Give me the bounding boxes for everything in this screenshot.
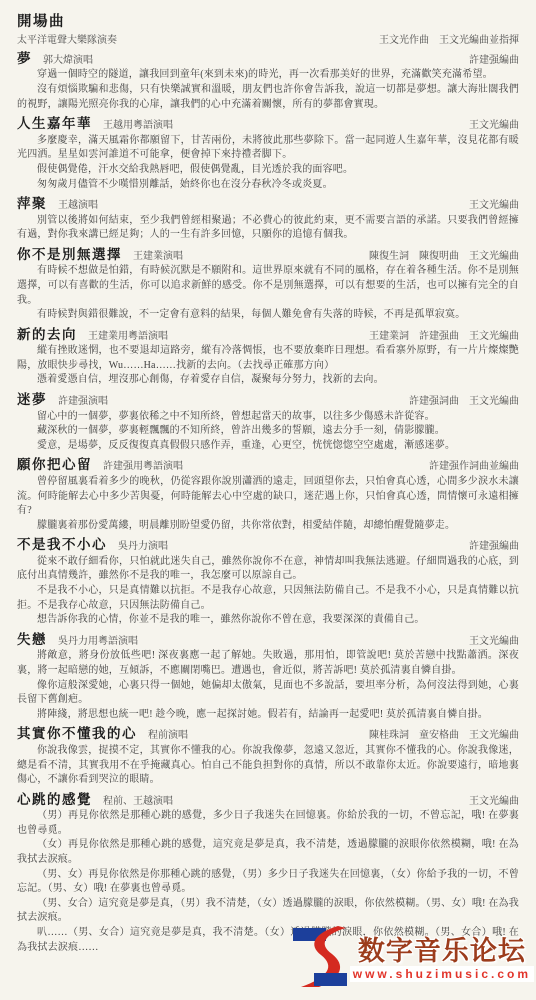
lyric-paragraph: 縱有挫敗迷惘，也不要退却這路旁，縱有冷落惆悵，也不要放棄昨日理想。看看寨外原野，… <box>17 344 519 373</box>
lyric-paragraph: 沒有煩惱欺騙和悲傷，只有快樂誠實和溫暖，朋友們也許你會告訴我，說這一切都是夢想。… <box>17 83 519 112</box>
lyric-paragraph: 匆匆歲月儘管不少嘆惜別離話，始終你也在沒分春秋冷冬或炎夏。 <box>17 178 519 193</box>
lyric-paragraph: 想告訴你我的心情，你並不是我的唯一，雖然你說你不曾在意，我要深深的責備自己。 <box>17 613 519 628</box>
watermark-text-block: 数字音乐论坛 www.shuzimusic.com <box>350 937 534 982</box>
song-title: 心跳的感覺 <box>17 791 92 809</box>
song-performer: 王越演唱 <box>58 199 98 212</box>
song-section-yuanni-baxinliu: 願你把心留 許建强用粵語演唱 許建强作詞曲並編曲 曾停留風裏看着多少的晚秋，仍從… <box>17 456 519 533</box>
lyric-paragraph: 多麼慶幸，滿天風霜你都願留下，甘苦兩份，未將彼此那些夢除下。當一起同遊人生嘉年華… <box>17 134 519 163</box>
song-credit: 許建强編曲 <box>469 540 519 553</box>
song-section-shilian: 失戀 吳丹力用粵語演唱 王文光編曲 將敵意，將身份放低些吧! 深夜裏應一起了解她… <box>17 631 519 723</box>
song-subheader: 太平洋電聲大樂隊演奏 王文光作曲 王文光編曲並指揮 <box>17 34 519 47</box>
song-header: 新的去向 王建業用粵語演唱 王建業詞 許建强曲 王文光編曲 <box>17 326 519 344</box>
lyric-sheet-page: 開場曲 太平洋電聲大樂隊演奏 王文光作曲 王文光編曲並指揮 夢 郭大煒演唱 許建… <box>0 0 536 955</box>
song-header: 迷夢 許建强演唱 許建强詞曲 王文光編曲 <box>17 391 519 409</box>
lyric-paragraph: 朦朧裏着那份愛萬縷，明晨離別盼望愛仍留，共你常依對，相愛結伴隨，却總怕醒覺隨夢走… <box>17 519 519 534</box>
watermark-site-url: www.shuzimusic.com <box>350 966 534 982</box>
song-credit: 王建業詞 許建强曲 王文光編曲 <box>369 330 519 343</box>
lyric-paragraph: 藏深秋的一個夢，夢裏輕飄飄的不知所終，曾許出幾多的誓願，遠去分手一刻，倩影朦朧。 <box>17 424 519 439</box>
song-title: 人生嘉年華 <box>17 115 92 133</box>
song-header: 其實你不懂我的心 程前演唱 陳桂珠詞 童安格曲 王文光編曲 <box>17 725 519 743</box>
song-header: 不是我不小心 吳丹力演唱 許建强編曲 <box>17 536 519 554</box>
watermark-site-name: 数字音乐论坛 <box>358 937 526 965</box>
song-header: 萍聚 王越演唱 王文光編曲 <box>17 195 519 213</box>
song-title: 迷夢 <box>17 391 47 409</box>
song-title: 夢 <box>17 50 32 68</box>
song-performer: 許建强用粵語演唱 <box>103 460 183 473</box>
song-performer: 王建業演唱 <box>133 250 183 263</box>
lyric-paragraph: 像你這般深愛她，心裏只得一個她，她偏却太傲氣，見面也不多說話，要坦率分析，為何沒… <box>17 679 519 708</box>
song-title: 不是我不小心 <box>17 536 107 554</box>
song-performer: 王建業用粵語演唱 <box>88 330 168 343</box>
song-header: 你不是別無選擇 王建業演唱 陳復生詞 陳復明曲 王文光編曲 <box>17 246 519 264</box>
song-section-mimeng: 迷夢 許建强演唱 許建强詞曲 王文光編曲 留心中的一個夢，夢裏依稀之中不知所終，… <box>17 391 519 453</box>
song-header: 失戀 吳丹力用粵語演唱 王文光編曲 <box>17 631 519 649</box>
song-section-bushiwo-buxiaoxin: 不是我不小心 吳丹力演唱 許建强編曲 從來不敢仔細看你，只怕就此迷失自己，雖然你… <box>17 536 519 628</box>
lyric-paragraph: 曾停留風裏看着多少的晚秋，仍從容跟你說別瀟洒的遠走，回頭望你去，只怕會真心透，心… <box>17 475 519 519</box>
song-section-meng: 夢 郭大煒演唱 許建强編曲 穿過一個時空的隧道，讓我回到童年(來到未來)的時光，… <box>17 50 519 112</box>
song-credit: 陳桂珠詞 童安格曲 王文光編曲 <box>369 729 519 742</box>
song-header: 夢 郭大煒演唱 許建强編曲 <box>17 50 519 68</box>
lyric-paragraph: 愛意，是場夢，反反復復真真假假只感作弄，重逢，心更空，恍恍惚惚空空處處，漸感迷夢… <box>17 439 519 454</box>
song-title: 其實你不懂我的心 <box>17 725 137 743</box>
lyric-paragraph: 假使偶覺倦，汗水交給我熱唇吧，假使偶覺亂，目光透於我的面容吧。 <box>17 163 519 178</box>
song-credit: 王文光編曲 <box>469 199 519 212</box>
song-title: 萍聚 <box>17 195 47 213</box>
lyric-paragraph: 穿過一個時空的隧道，讓我回到童年(來到未來)的時光，再一次看那美好的世界，充滿歡… <box>17 68 519 83</box>
song-title: 你不是別無選擇 <box>17 246 122 264</box>
song-performer: 王越用粵語演唱 <box>103 119 173 132</box>
song-credit: 許建强編曲 <box>469 54 519 67</box>
song-title: 失戀 <box>17 631 47 649</box>
lyric-paragraph: 將敵意，將身份放低些吧! 深夜裏應一起了解她。失敗過，那用怕，即管說吧! 莫於苦… <box>17 649 519 678</box>
song-section-opening: 開場曲 太平洋電聲大樂隊演奏 王文光作曲 王文光編曲並指揮 <box>17 13 519 47</box>
watermark: 数字音乐论坛 www.shuzimusic.com <box>292 925 534 994</box>
lyric-paragraph: 有時候對與錯很難說，不一定會有意料的結果，每個人難免會有失落的時候，不再是孤單寂… <box>17 308 519 323</box>
song-credit: 許建强詞曲 王文光編曲 <box>409 395 519 408</box>
song-credit: 王文光編曲 <box>469 795 519 808</box>
song-title: 開場曲 <box>17 13 65 32</box>
lyric-paragraph: 你說我像雲，捉摸不定，其實你不懂我的心。你說我像夢，忽遠又忽近，其實你不懂我的心… <box>17 744 519 788</box>
song-section-xinde-quxiang: 新的去向 王建業用粵語演唱 王建業詞 許建强曲 王文光編曲 縱有挫敗迷惘，也不要… <box>17 326 519 388</box>
song-performer: 吳丹力演唱 <box>118 540 168 553</box>
lyric-paragraph: （女）再見你依然是那種心跳的感覺，這究竟是夢是真，我不清楚，透過朦朧的淚眼你依然… <box>17 838 519 867</box>
lyric-paragraph: 別管以後將如何結束，至少我們曾經相聚過；不必費心的彼此約束，更不需要言語的承諾。… <box>17 214 519 243</box>
song-header: 開場曲 <box>17 13 519 32</box>
song-header: 願你把心留 許建强用粵語演唱 許建强作詞曲並編曲 <box>17 456 519 474</box>
song-credit: 王文光編曲 <box>469 635 519 648</box>
song-section-qishi-nibudong: 其實你不懂我的心 程前演唱 陳桂珠詞 童安格曲 王文光編曲 你說我像雲，捉摸不定… <box>17 725 519 787</box>
song-performer: 程前、王越演唱 <box>103 795 173 808</box>
song-title: 願你把心留 <box>17 456 92 474</box>
song-credit: 王文光作曲 王文光編曲並指揮 <box>379 34 519 47</box>
song-credit: 王文光編曲 <box>469 119 519 132</box>
song-performer: 許建强演唱 <box>58 395 108 408</box>
song-performer: 太平洋電聲大樂隊演奏 <box>17 34 117 47</box>
song-credit: 許建强作詞曲並編曲 <box>429 460 519 473</box>
lyric-paragraph: （男、女）再見你依然是你那種心跳的感覺，（男）多少日子我迷失在回憶裏，（女）你給… <box>17 868 519 897</box>
z-swoosh-logo-icon <box>292 925 348 994</box>
lyric-paragraph: （男、女合）這究竟是夢是真，（男）我不清楚，（女）透過朦朧的淚眼，你依然模糊。（… <box>17 897 519 926</box>
lyric-paragraph: 憑着愛憑自信，埋沒那心創傷，存着愛存自信，凝聚每分努力，找新的去向。 <box>17 373 519 388</box>
song-credit: 陳復生詞 陳復明曲 王文光編曲 <box>369 250 519 263</box>
song-performer: 吳丹力用粵語演唱 <box>58 635 138 648</box>
song-performer: 郭大煒演唱 <box>43 54 93 67</box>
lyric-paragraph: 從來不敢仔細看你，只怕就此迷失自己，雖然你說你不在意，神情却叫我無法逃避。仔細問… <box>17 555 519 584</box>
song-section-biewu-xuanze: 你不是別無選擇 王建業演唱 陳復生詞 陳復明曲 王文光編曲 有時候不想做是怕錯，… <box>17 246 519 323</box>
lyric-paragraph: 不是我不小心，只是真情難以抗拒。不是我存心故意，只因無法防備自己。不是我不小心，… <box>17 584 519 613</box>
song-header: 人生嘉年華 王越用粵語演唱 王文光編曲 <box>17 115 519 133</box>
song-section-pingju: 萍聚 王越演唱 王文光編曲 別管以後將如何結束，至少我們曾經相聚過；不必費心的彼… <box>17 195 519 243</box>
lyric-paragraph: （男）再見你依然是那種心跳的感覺，多少日子我迷失在回憶裏。你給於我的一切，不曾忘… <box>17 809 519 838</box>
lyric-paragraph: 留心中的一個夢，夢裏依稀之中不知所終，曾想起當天的故事，以往多少傷感未許從容。 <box>17 410 519 425</box>
song-section-rensheng-jianianhua: 人生嘉年華 王越用粵語演唱 王文光編曲 多麼慶幸，滿天風霜你都願留下，甘苦兩份，… <box>17 115 519 192</box>
lyric-paragraph: 有時候不想做是怕錯，有時候沉默是不願附和。這世界原來就有不同的風格，存在着各種生… <box>17 264 519 308</box>
lyric-paragraph: 將陣綫，將思想也統一吧! 趁今晚，應一起探討她。假若有，結論再一起愛吧! 莫於孤… <box>17 708 519 723</box>
song-header: 心跳的感覺 程前、王越演唱 王文光編曲 <box>17 791 519 809</box>
song-title: 新的去向 <box>17 326 77 344</box>
song-performer: 程前演唱 <box>148 729 188 742</box>
